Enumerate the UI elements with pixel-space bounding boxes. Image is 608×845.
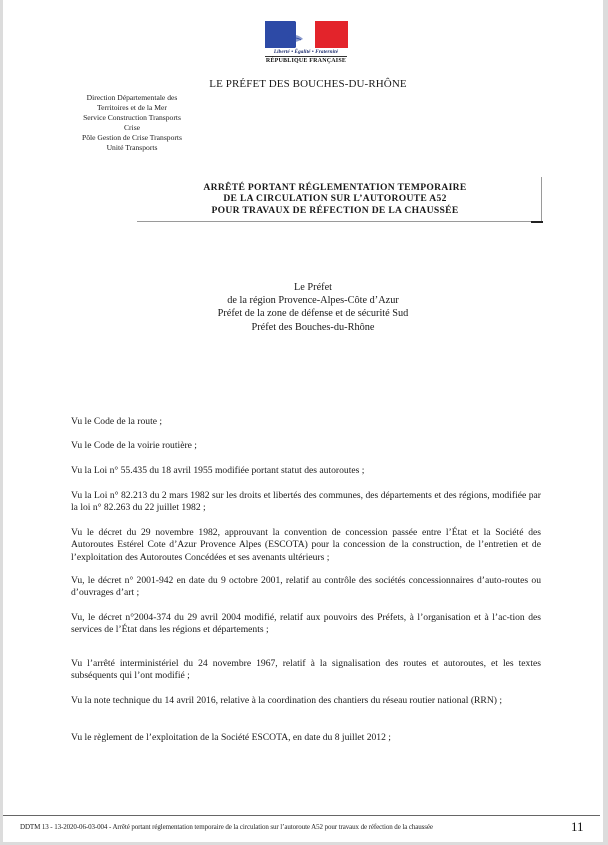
prefet-title-line: Préfet des Bouches-du-Rhône bbox=[183, 321, 443, 334]
considerant-paragraph: Vu, le décret n° 2001-942 en date du 9 o… bbox=[71, 575, 541, 600]
prefet-header: LE PRÉFET DES BOUCHES-DU-RHÔNE bbox=[203, 78, 413, 90]
service-line: Territoires et de la Mer bbox=[59, 103, 205, 113]
title-line: POUR TRAVAUX DE RÉFECTION DE LA CHAUSSÉE bbox=[137, 205, 533, 216]
page-number: 11 bbox=[571, 819, 584, 835]
republic-motto: Liberté • Égalité • Fraternité bbox=[262, 49, 350, 55]
prefet-title-line: Le Préfet bbox=[183, 281, 443, 294]
decree-title: ARRÊTÉ PORTANT RÉGLEMENTATION TEMPORAIRE… bbox=[137, 182, 533, 216]
service-line: Direction Départementale des bbox=[59, 93, 205, 103]
considerant-paragraph: Vu la Loi n° 82.213 du 2 mars 1982 sur l… bbox=[71, 490, 541, 515]
issuing-service: Direction Départementale des Territoires… bbox=[59, 93, 205, 154]
service-line: Service Construction Transports bbox=[59, 113, 205, 123]
marianne-flag-icon bbox=[265, 21, 348, 48]
flag-red-band bbox=[315, 21, 348, 48]
prefet-title-line: Préfet de la zone de défense et de sécur… bbox=[183, 307, 443, 320]
considerant-paragraph: Vu, le décret n°2004-374 du 29 avril 200… bbox=[71, 612, 541, 637]
prefet-title-line: de la région Provence-Alpes-Côte d’Azur bbox=[183, 294, 443, 307]
document-page: Liberté • Égalité • Fraternité RÉPUBLIQU… bbox=[3, 0, 603, 842]
considerant-paragraph: Vu la note technique du 14 avril 2016, r… bbox=[71, 695, 541, 707]
considerant-paragraph: Vu l’arrêté interministériel du 24 novem… bbox=[71, 658, 541, 683]
republic-name: RÉPUBLIQUE FRANÇAISE bbox=[262, 58, 350, 64]
marianne-logo: Liberté • Égalité • Fraternité RÉPUBLIQU… bbox=[262, 19, 350, 69]
logo-divider bbox=[265, 56, 347, 57]
considerant-paragraph: Vu le Code de la voirie routière ; bbox=[71, 440, 541, 452]
considerant-paragraph: Vu la Loi n° 55.435 du 18 avril 1955 mod… bbox=[71, 465, 541, 477]
title-line: ARRÊTÉ PORTANT RÉGLEMENTATION TEMPORAIRE bbox=[137, 182, 533, 193]
title-line: DE LA CIRCULATION SUR L’AUTOROUTE A52 bbox=[137, 193, 533, 204]
service-line: Pôle Gestion de Crise Transports bbox=[59, 133, 205, 143]
footer-reference: DDTM 13 - 13-2020-06-03-004 - Arrêté por… bbox=[20, 823, 433, 831]
service-line: Unité Transports bbox=[59, 143, 205, 153]
footer-divider bbox=[3, 815, 600, 816]
service-line: Crise bbox=[59, 123, 205, 133]
considerant-paragraph: Vu le Code de la route ; bbox=[71, 416, 541, 428]
considerant-paragraph: Vu le décret du 29 novembre 1982, approu… bbox=[71, 527, 541, 564]
decree-title-box: ARRÊTÉ PORTANT RÉGLEMENTATION TEMPORAIRE… bbox=[137, 177, 542, 222]
prefet-titles: Le Préfet de la région Provence-Alpes-Cô… bbox=[183, 281, 443, 334]
considerant-paragraph: Vu le règlement de l’exploitation de la … bbox=[71, 732, 541, 744]
